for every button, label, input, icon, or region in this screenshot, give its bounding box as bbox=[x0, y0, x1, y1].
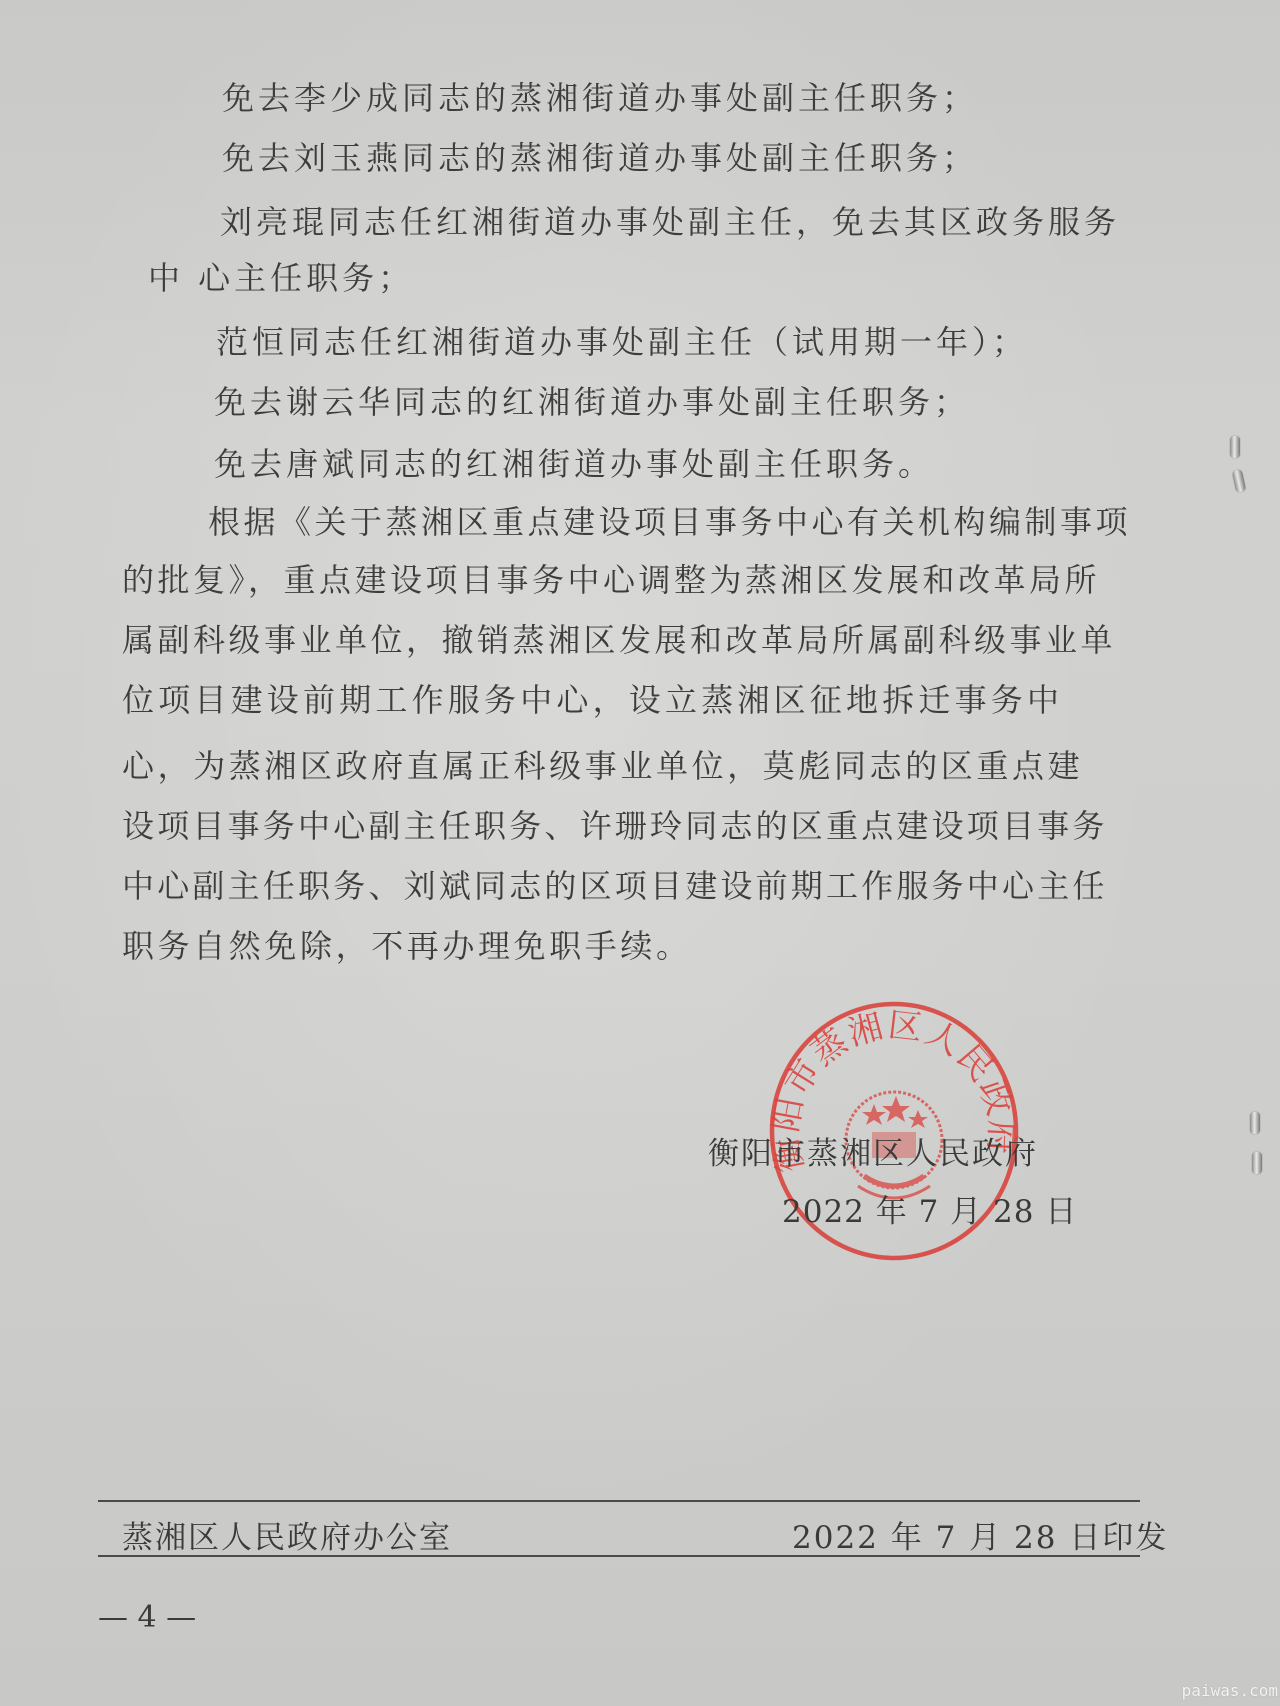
paper-lighting bbox=[0, 0, 1280, 1706]
body-line: 中 心主任职务； bbox=[148, 258, 414, 298]
body-line: 免去刘玉燕同志的蒸湘街道办事处副主任职务； bbox=[222, 138, 978, 178]
paragraph-line: 位项目建设前期工作服务中心，设立蒸湘区征地拆迁事务中 bbox=[122, 680, 1063, 720]
issuer-name: 衡阳市蒸湘区人民政府 bbox=[708, 1128, 1038, 1173]
paragraph-line: 心，为蒸湘区政府直属正科级事业单位，莫彪同志的区重点建 bbox=[122, 746, 1083, 786]
issuing-office: 蒸湘区人民政府办公室 bbox=[122, 1512, 452, 1557]
body-line: 免去李少成同志的蒸湘街道办事处副主任职务； bbox=[222, 78, 978, 118]
footer-bottom-rule bbox=[98, 1555, 1140, 1557]
paragraph-line: 中心副主任职务、刘斌同志的区项目建设前期工作服务中心主任 bbox=[122, 866, 1108, 906]
staple-icon bbox=[1250, 1112, 1260, 1134]
paragraph-line: 设项目事务中心副主任职务、许珊玲同志的区重点建设项目事务 bbox=[122, 806, 1108, 846]
paragraph-line: 属副科级事业单位，撤销蒸湘区发展和改革局所属副科级事业单 bbox=[122, 620, 1116, 660]
body-line: 范恒同志任红湘街道办事处副主任（试用期一年）； bbox=[216, 322, 1028, 362]
watermark: paiwas.com bbox=[1182, 1681, 1278, 1700]
page-number: — 4 — bbox=[98, 1600, 196, 1635]
body-line: 免去谢云华同志的红湘街道办事处副主任职务； bbox=[214, 382, 970, 422]
footer-top-rule bbox=[98, 1500, 1140, 1502]
paragraph-line: 职务自然免除，不再办理免职手续。 bbox=[122, 926, 692, 966]
paragraph-line: 的批复》，重点建设项目事务中心调整为蒸湘区发展和改革局所 bbox=[122, 560, 1100, 600]
staple-icon bbox=[1232, 469, 1246, 493]
body-line: 免去唐斌同志的红湘街道办事处副主任职务。 bbox=[214, 444, 934, 484]
print-date: 2022 年 7 月 28 日印发 bbox=[792, 1512, 1168, 1557]
staple-icon bbox=[1230, 436, 1240, 458]
body-line: 刘亮琨同志任红湘街道办事处副主任，免去其区政务服务 bbox=[220, 202, 1120, 242]
staple-icon bbox=[1252, 1152, 1262, 1174]
paragraph-line: 根据《关于蒸湘区重点建设项目事务中心有关机构编制事项 bbox=[208, 502, 1131, 542]
issue-date: 2022 年 7 月 28 日 bbox=[782, 1186, 1077, 1231]
